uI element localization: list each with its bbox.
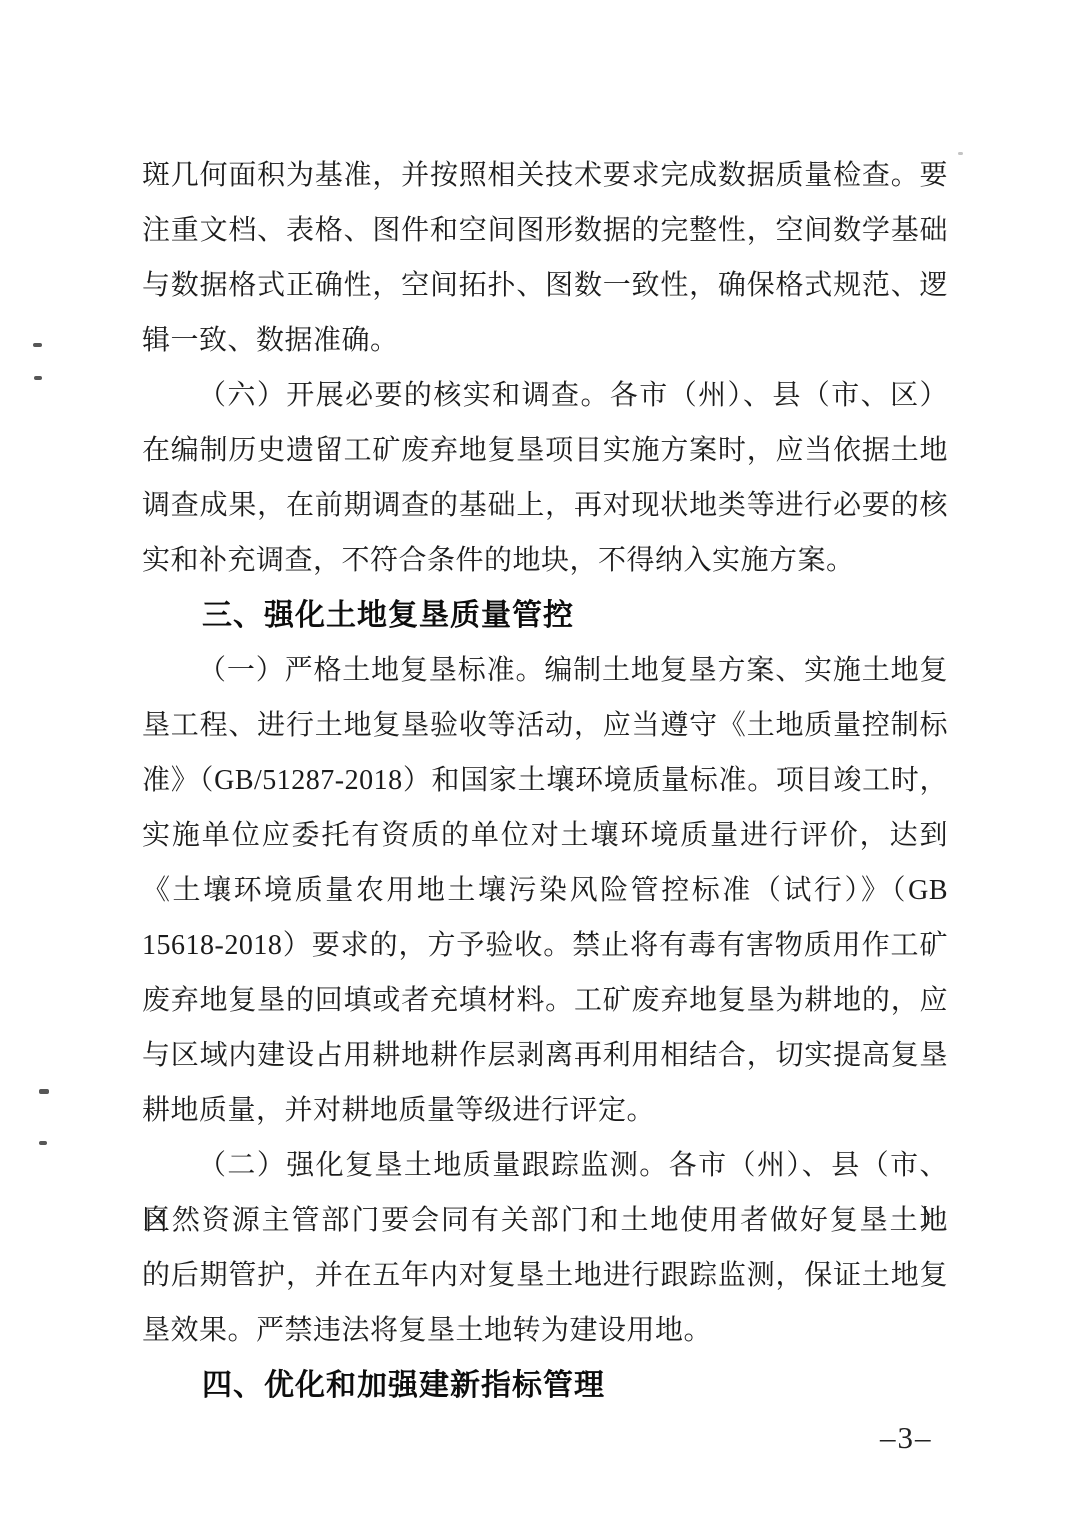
text-line: 垦工程、进行土地复垦验收等活动，应当遵守《土地质量控制标: [142, 698, 948, 753]
text-line: 自然资源主管部门要会同有关部门和土地使用者做好复垦土地: [142, 1193, 948, 1248]
text-line: 注重文档、表格、图件和空间图形数据的完整性，空间数学基础: [142, 203, 948, 258]
document-body: 斑几何面积为基准，并按照相关技术要求完成数据质量检查。要注重文档、表格、图件和空…: [142, 148, 948, 1413]
text-line: 调查成果，在前期调查的基础上，再对现状地类等进行必要的核: [142, 478, 948, 533]
text-line: 垦效果。严禁违法将复垦土地转为建设用地。: [142, 1303, 948, 1358]
paragraph: （二）强化复垦土地质量跟踪监测。各市（州）、县（市、区）自然资源主管部门要会同有…: [142, 1138, 948, 1358]
document-page: 斑几何面积为基准，并按照相关技术要求完成数据质量检查。要注重文档、表格、图件和空…: [0, 0, 1080, 1528]
scan-speck: [33, 343, 42, 347]
paragraph: （六）开展必要的核实和调查。各市（州）、县（市、区）在编制历史遗留工矿废弃地复垦…: [142, 368, 948, 588]
text-line: 辑一致、数据准确。: [142, 313, 948, 368]
text-line: 三、强化土地复垦质量管控: [142, 588, 948, 643]
scan-speck: [34, 376, 42, 380]
scan-speck: [39, 1141, 47, 1145]
text-line: 斑几何面积为基准，并按照相关技术要求完成数据质量检查。要: [142, 148, 948, 203]
text-line: 15618-2018）要求的，方予验收。禁止将有毒有害物质用作工矿: [142, 918, 948, 973]
text-line: （一）严格土地复垦标准。编制土地复垦方案、实施土地复: [142, 643, 948, 698]
text-line: 四、优化和加强建新指标管理: [142, 1358, 948, 1413]
text-line: 实和补充调查，不符合条件的地块，不得纳入实施方案。: [142, 533, 948, 588]
text-line: 的后期管护，并在五年内对复垦土地进行跟踪监测，保证土地复: [142, 1248, 948, 1303]
text-line: （二）强化复垦土地质量跟踪监测。各市（州）、县（市、区）: [142, 1138, 948, 1193]
text-line: 废弃地复垦的回填或者充填材料。工矿废弃地复垦为耕地的，应: [142, 973, 948, 1028]
paragraph: （一）严格土地复垦标准。编制土地复垦方案、实施土地复垦工程、进行土地复垦验收等活…: [142, 643, 948, 1138]
paragraph: 斑几何面积为基准，并按照相关技术要求完成数据质量检查。要注重文档、表格、图件和空…: [142, 148, 948, 368]
text-line: 在编制历史遗留工矿废弃地复垦项目实施方案时，应当依据土地: [142, 423, 948, 478]
section-heading: 三、强化土地复垦质量管控: [142, 588, 948, 643]
text-line: 实施单位应委托有资质的单位对土壤环境质量进行评价，达到: [142, 808, 948, 863]
text-line: 准》（GB/51287-2018）和国家土壤环境质量标准。项目竣工时，: [142, 753, 948, 808]
scan-speck: [297, 1386, 301, 1389]
text-line: 与区域内建设占用耕地耕作层剥离再利用相结合，切实提高复垦: [142, 1028, 948, 1083]
section-heading: 四、优化和加强建新指标管理: [142, 1358, 948, 1413]
page-number: –3–: [880, 1418, 990, 1458]
text-line: 与数据格式正确性，空间拓扑、图数一致性，确保格式规范、逻: [142, 258, 948, 313]
text-line: 《土壤环境质量农用地土壤污染风险管控标准（试行）》（GB: [142, 863, 948, 918]
text-line: （六）开展必要的核实和调查。各市（州）、县（市、区）: [142, 368, 948, 423]
text-line: 耕地质量，并对耕地质量等级进行评定。: [142, 1083, 948, 1138]
scan-speck: [39, 1089, 49, 1094]
scan-speck: [958, 152, 963, 155]
